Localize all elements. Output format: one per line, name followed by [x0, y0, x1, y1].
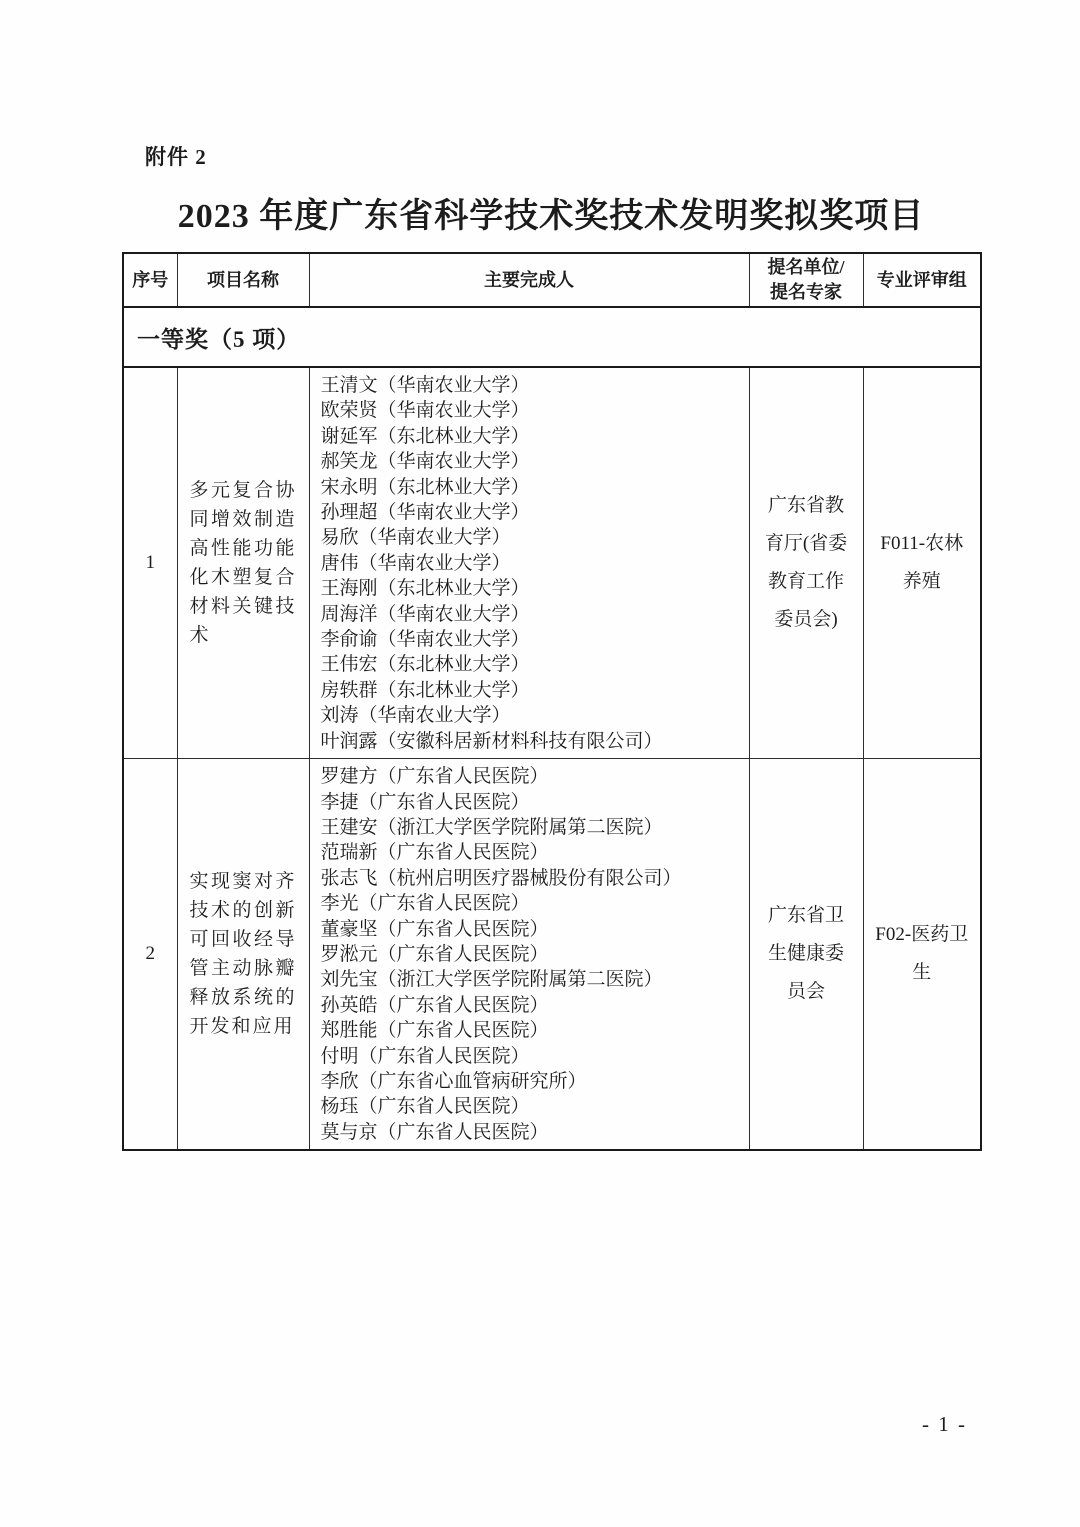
section-row-first-prize: 一等奖（5 项） [123, 307, 981, 367]
serial-cell: 1 [123, 367, 177, 759]
column-header-contributors: 主要完成人 [309, 253, 749, 307]
project-name-cell: 实现窦对齐技术的创新可回收经导管主动脉瓣释放系统的开发和应用 [177, 759, 309, 1151]
nominating-unit-cell: 广东省卫生健康委员会 [749, 759, 863, 1151]
review-group-cell: F02-医药卫生 [863, 759, 981, 1151]
contributors-cell: 王清文（华南农业大学） 欧荣贤（华南农业大学） 谢延军（东北林业大学） 郝笑龙（… [309, 367, 749, 759]
table-row: 2 实现窦对齐技术的创新可回收经导管主动脉瓣释放系统的开发和应用 罗建方（广东省… [123, 759, 981, 1151]
contributors-cell: 罗建方（广东省人民医院） 李捷（广东省人民医院） 王建安（浙江大学医学院附属第二… [309, 759, 749, 1151]
column-header-review-group: 专业评审组 [863, 253, 981, 307]
project-name-cell: 多元复合协同增效制造高性能功能化木塑复合材料关键技术 [177, 367, 309, 759]
table-row: 1 多元复合协同增效制造高性能功能化木塑复合材料关键技术 王清文（华南农业大学）… [123, 367, 981, 759]
section-title: 一等奖（5 项） [123, 307, 981, 367]
project-name: 多元复合协同增效制造高性能功能化木塑复合材料关键技术 [178, 476, 309, 650]
column-header-project: 项目名称 [177, 253, 309, 307]
nominating-unit: 广东省卫生健康委员会 [750, 897, 863, 1011]
serial-cell: 2 [123, 759, 177, 1151]
project-name: 实现窦对齐技术的创新可回收经导管主动脉瓣释放系统的开发和应用 [178, 867, 309, 1041]
contributors-list: 罗建方（广东省人民医院） 李捷（广东省人民医院） 王建安（浙江大学医学院附属第二… [310, 759, 749, 1149]
review-group: F02-医药卫生 [864, 916, 981, 992]
attachment-label: 附件 2 [145, 141, 207, 171]
review-group: F011-农林养殖 [864, 525, 981, 601]
awards-table: 序号 项目名称 主要完成人 提名单位/ 提名专家 专业评审组 一等奖（5 项） … [122, 252, 982, 1151]
nominating-unit: 广东省教育厅(省委教育工作委员会) [750, 487, 863, 639]
review-group-cell: F011-农林养殖 [863, 367, 981, 759]
document-page: 附件 2 2023 年度广东省科学技术奖技术发明奖拟奖项目 序号 项目名称 主要… [0, 0, 1080, 1527]
document-title: 2023 年度广东省科学技术奖技术发明奖拟奖项目 [122, 188, 980, 237]
contributors-list: 王清文（华南农业大学） 欧荣贤（华南农业大学） 谢延军（东北林业大学） 郝笑龙（… [310, 368, 749, 758]
column-header-nominator: 提名单位/ 提名专家 [749, 253, 863, 307]
page-number: - 1 - [922, 1412, 967, 1437]
table-header-row: 序号 项目名称 主要完成人 提名单位/ 提名专家 专业评审组 [123, 253, 981, 307]
column-header-serial: 序号 [123, 253, 177, 307]
nominating-unit-cell: 广东省教育厅(省委教育工作委员会) [749, 367, 863, 759]
